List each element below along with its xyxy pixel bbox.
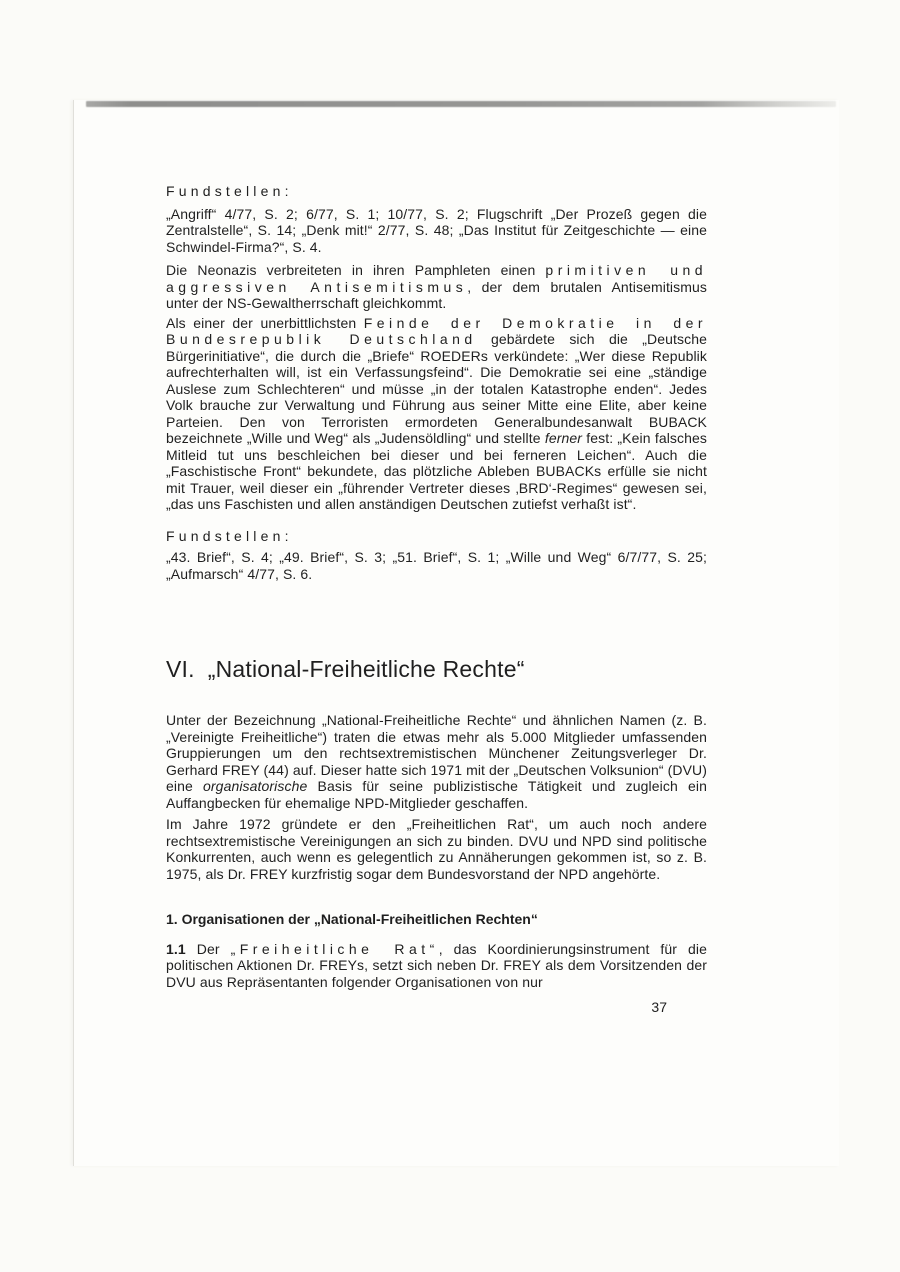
italic-emphasis: ferner bbox=[545, 430, 582, 446]
page-sheet: Fundstellen: „Angriff“ 4/77, S. 2; 6/77,… bbox=[73, 100, 839, 1166]
page-top-edge-shadow bbox=[86, 101, 836, 107]
page-number: 37 bbox=[166, 999, 707, 1016]
italic-emphasis: organisatorische bbox=[203, 778, 307, 794]
fundstellen-label-2: Fundstellen: bbox=[166, 528, 707, 545]
subsection-heading-1: 1. Organisationen der „National-Freiheit… bbox=[166, 911, 707, 928]
section-heading-vi: VI.„National-Freiheitliche Rechte“ bbox=[166, 656, 707, 682]
paragraph-text: Die Neonazis verbreiteten in ihren Pamph… bbox=[166, 262, 545, 278]
subsection-number: 1.1 bbox=[166, 941, 186, 957]
section-title: „National-Freiheitliche Rechte“ bbox=[208, 656, 525, 682]
paragraph-neonazis: Die Neonazis verbreiteten in ihren Pamph… bbox=[166, 262, 707, 312]
paragraph-unter-der-bezeichnung: Unter der Bezeichnung „National-Freiheit… bbox=[166, 712, 707, 811]
text-block: Fundstellen: „Angriff“ 4/77, S. 2; 6/77,… bbox=[166, 183, 707, 1016]
scan-backdrop: Fundstellen: „Angriff“ 4/77, S. 2; 6/77,… bbox=[0, 0, 900, 1272]
fundstellen-label-1: Fundstellen: bbox=[166, 183, 707, 200]
section-numeral: VI. bbox=[166, 656, 195, 682]
paragraph-im-jahre-1972: Im Jahre 1972 gründete er den „Freiheitl… bbox=[166, 816, 707, 882]
paragraph-text: gebärdete sich die „Deutsche Bürgeriniti… bbox=[166, 331, 707, 446]
paragraph-feinde-der-demokratie: Als einer der unerbittlichsten Feinde de… bbox=[166, 315, 707, 513]
paragraph-1-1-freiheitlicher-rat: 1.1 Der „Freiheitliche Rat“, das Koordin… bbox=[166, 941, 707, 991]
fundstellen-references-1: „Angriff“ 4/77, S. 2; 6/77, S. 1; 10/77,… bbox=[166, 206, 707, 256]
fundstellen-references-2: „43. Brief“, S. 4; „49. Brief“, S. 3; „5… bbox=[166, 549, 707, 582]
paragraph-text: Als einer der unerbittlichsten bbox=[166, 315, 364, 331]
letterspaced-emphasis: „Freiheitliche Rat“ bbox=[231, 941, 439, 957]
paragraph-text: Der bbox=[186, 941, 231, 957]
